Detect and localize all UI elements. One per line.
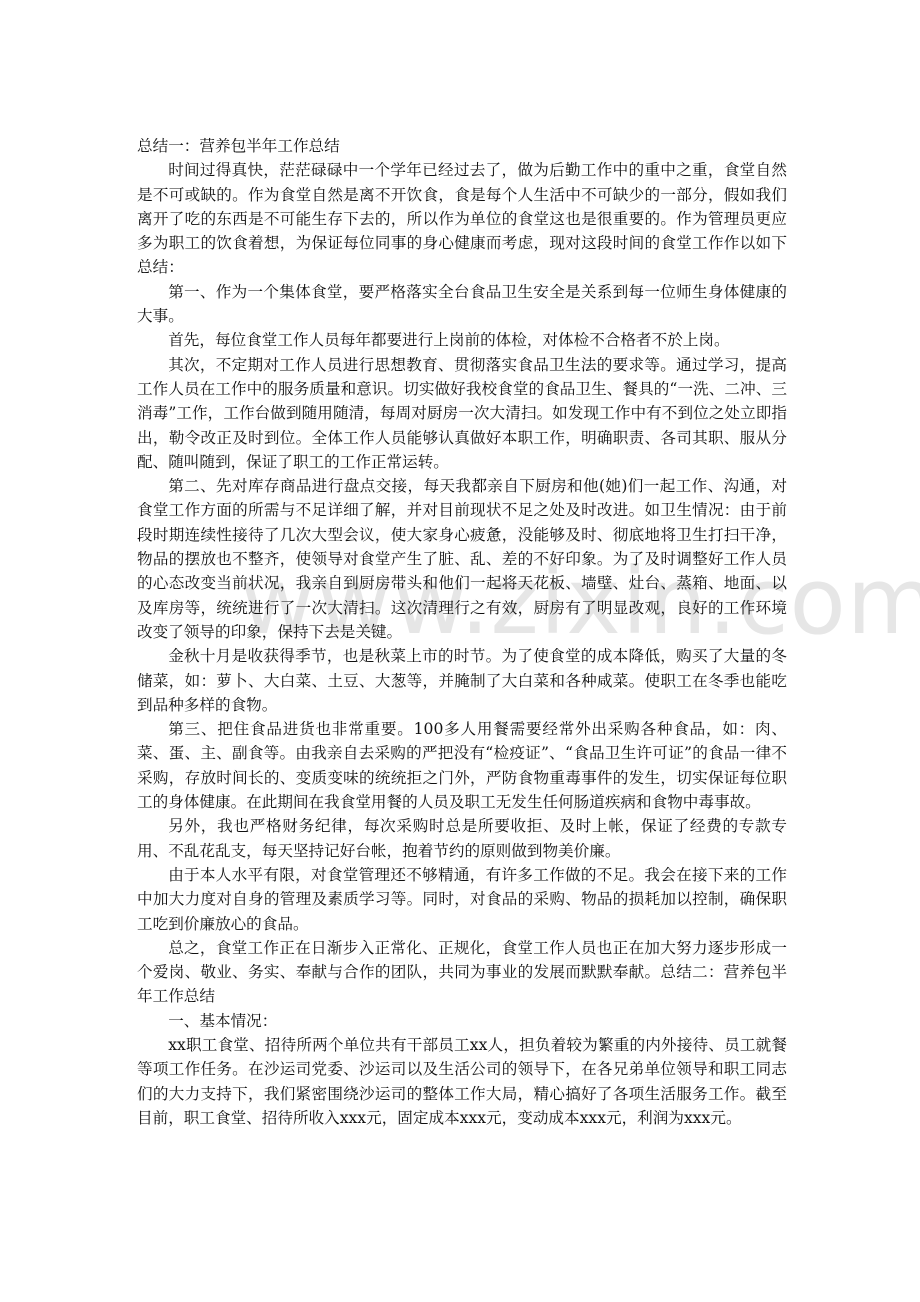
paragraph: xx职工食堂、招待所两个单位共有干部员工xx人，担负着较为繁重的内外接待、员工就… — [137, 1033, 787, 1130]
paragraph: 由于本人水平有限，对食堂管理还不够精通，有许多工作做的不足。我会在接下来的工作中… — [137, 863, 787, 936]
paragraph: 首先，每位食堂工作人员每年都要进行上岗前的体检，对体检不合格者不於上岗。 — [137, 328, 787, 352]
paragraph: 另外，我也严格财务纪律，每次采购时总是所要收拒、及时上帐，保证了经费的专款专用、… — [137, 814, 787, 863]
section-heading: 一、基本情况： — [137, 1009, 787, 1033]
paragraph: 其次，不定期对工作人员进行思想教育、贯彻落实食品卫生法的要求等。通过学习，提高工… — [137, 353, 787, 474]
paragraph: 金秋十月是收获得季节，也是秋菜上市的时节。为了使食堂的成本降低，购买了大量的冬储… — [137, 644, 787, 717]
paragraph: 时间过得真快，茫茫碌碌中一个学年已经过去了，做为后勤工作中的重中之重，食堂自然是… — [137, 158, 787, 279]
document-page: 总结一：营养包半年工作总结 时间过得真快，茫茫碌碌中一个学年已经过去了，做为后勤… — [137, 134, 787, 1130]
document-title: 总结一：营养包半年工作总结 — [137, 134, 787, 158]
paragraph: 第一、作为一个集体食堂，要严格落实全台食品卫生安全是关系到每一位师生身体健康的大… — [137, 280, 787, 329]
paragraph: 第二、先对库存商品进行盘点交接，每天我都亲自下厨房和他(她)们一起工作、沟通，对… — [137, 474, 787, 644]
paragraph: 总之，食堂工作正在日渐步入正常化、正规化，食堂工作人员也正在加大努力逐步形成一个… — [137, 936, 787, 1009]
paragraph: 第三、把住食品进货也非常重要。100多人用餐需要经常外出采购各种食品，如：肉、菜… — [137, 717, 787, 814]
